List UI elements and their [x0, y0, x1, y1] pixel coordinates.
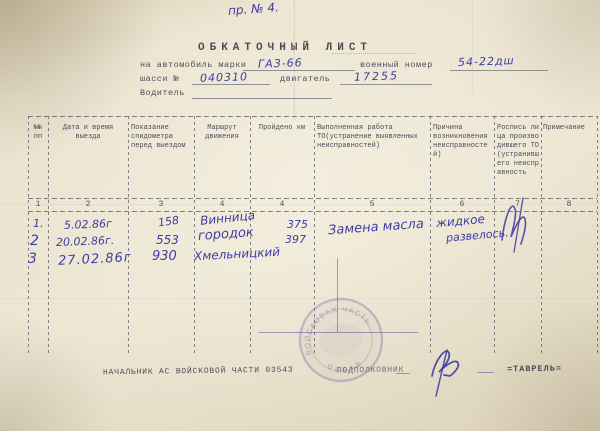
- table-vline-9: [541, 116, 542, 356]
- table-vline-1: [28, 116, 29, 356]
- chief-title-line: НАЧАЛЬНИК АС ВОЙСКОВОЙ ЧАСТИ 03543: [103, 366, 294, 378]
- row2-route: городок: [198, 225, 255, 244]
- row3-odometer: 930: [152, 249, 177, 264]
- work-done-note: Замена масла: [328, 217, 425, 239]
- row3-number: 3: [28, 251, 37, 267]
- col-num-1: 1: [28, 200, 48, 209]
- vertical-fold-crease-right: [470, 0, 473, 95]
- col-header-route: Маршрут движения: [197, 124, 247, 142]
- military-number-value: 54-22дш: [458, 54, 515, 69]
- col-num-9: 8: [541, 200, 597, 209]
- chassis-label: шасси №: [140, 74, 179, 84]
- col-num-5: 4: [250, 200, 314, 209]
- row3-route: Хмельницкий: [194, 245, 281, 263]
- row1-odometer: 158: [157, 214, 180, 230]
- driver-underline: [192, 98, 332, 99]
- col-header-date: Дата и время выезда: [52, 124, 124, 142]
- col-num-6: 5: [314, 200, 430, 209]
- rank-label: ПОДПОЛКОВНИК: [337, 366, 404, 376]
- table-vline-4: [194, 116, 195, 356]
- table-vline-3: [128, 116, 129, 356]
- corner-note: пр. № 4.: [228, 0, 280, 18]
- vehicle-label: на автомобиль марки: [140, 60, 246, 70]
- col-num-7: 6: [430, 200, 494, 209]
- vehicle-value: ГАЗ-66: [258, 56, 303, 71]
- table-vline-10: [597, 116, 598, 356]
- row2-number: 2: [30, 233, 39, 249]
- table-vline-2: [48, 116, 49, 356]
- col-header-work-done: Выполненная работа ТО(устранение выявлен…: [317, 124, 427, 151]
- row1-number: 1.: [33, 217, 44, 230]
- row1-distance: 375: [287, 218, 308, 231]
- engine-value: 17255: [354, 69, 399, 84]
- col-num-4: 4: [194, 200, 250, 209]
- signature-dash-left: [396, 373, 410, 374]
- title-dotted-line: [332, 53, 416, 54]
- col-num-2: 2: [48, 200, 128, 209]
- surname-label: =ТАВРЕЛЬ=: [507, 364, 562, 375]
- table-top-border: [28, 116, 597, 117]
- col-header-notes: Примечание: [543, 124, 596, 133]
- engine-label: двигатель: [280, 74, 330, 84]
- col-num-3: 3: [128, 200, 194, 209]
- col-header-cause: Причина возникновения неисправностей): [433, 124, 491, 160]
- row2-distance: 397: [285, 233, 306, 246]
- table-signature: [492, 194, 538, 254]
- row1-date: 5.02.86г: [64, 217, 112, 232]
- military-unit-stamp: ВОЙСКОВАЯ ЧАСТЬ 08548: [289, 288, 393, 392]
- scanned-waybill-document: пр. № 4. ОБКАТОЧНЫЙ ЛИСТ на автомобиль м…: [0, 0, 600, 431]
- col-header-npp: №№ пп: [29, 124, 47, 142]
- col-header-signature: Роспись лица производившего ТО (устранив…: [497, 124, 539, 178]
- row3-date: 27.02.86г: [58, 250, 132, 269]
- row2-date: 20.02.86г.: [56, 234, 115, 249]
- col-header-odometer: Показание спидометра перед выездом: [131, 124, 191, 151]
- engine-underline: [340, 84, 432, 85]
- col-header-distance: Пройдено км: [253, 124, 311, 133]
- cause-note-line1: жидкое: [435, 212, 485, 230]
- footer-signature: [410, 342, 482, 398]
- chassis-value: 040310: [200, 70, 248, 85]
- horizontal-fold-crease-lower: [0, 298, 600, 301]
- row2-odometer: 553: [156, 233, 179, 247]
- driver-label: Водитель: [140, 88, 185, 98]
- table-vline-7: [430, 116, 431, 356]
- military-number-underline: [450, 70, 548, 71]
